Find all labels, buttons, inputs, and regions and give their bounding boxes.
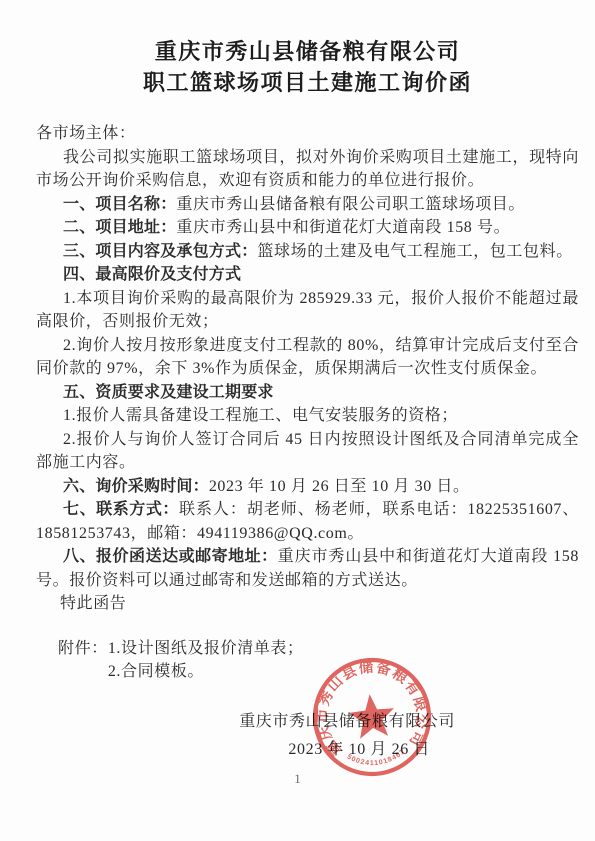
document-content: 重庆市秀山县储备粮有限公司 职工篮球场项目土建施工询价函 各市场主体： 我公司拟… [0,0,595,764]
section-delivery-address: 八、报价函送达或邮寄地址：重庆市秀山县中和街道花灯大道南段 158 号。报价资料… [36,545,579,592]
section-text: 2023 年 10 月 26 日至 10 月 30 日。 [209,478,470,495]
attachments-list: 1.设计图纸及报价清单表； 2.合同模板。 [108,637,304,684]
page-number: 1 [0,771,595,787]
section-label: 八、报价函送达或邮寄地址： [63,548,278,565]
price-item-2: 2.询价人按月按形象进度支付工程款的 80%，结算审计完成后支付至合同价款的 9… [36,334,579,381]
document-body: 各市场主体： 我公司拟实施职工篮球场项目，拟对外询价采购项目土建施工，现特向市场… [36,122,579,764]
section-label: 一、项目名称： [63,196,176,213]
section-text: 篮球场的土建及电气工程施工，包工包料。 [257,243,572,260]
section-label: 二、项目地址： [63,219,176,236]
document-page: 重庆市秀山县储备粮有限公司 职工篮球场项目土建施工询价函 各市场主体： 我公司拟… [0,0,595,841]
section-inquiry-time: 六、询价采购时间：2023 年 10 月 26 日至 10 月 30 日。 [36,475,579,499]
section-label: 五、资质要求及建设工期要求 [63,384,274,401]
section-project-scope: 三、项目内容及承包方式：篮球场的土建及电气工程施工，包工包料。 [36,240,579,264]
signature-company: 重庆市秀山县储备粮有限公司 [36,708,579,736]
closing-phrase: 特此函告 [36,592,579,616]
section-label: 七、联系方式： [63,501,179,518]
salutation: 各市场主体： [36,122,579,146]
section-project-address: 二、项目地址：重庆市秀山县中和街道花灯大道南段 158 号。 [36,216,579,240]
section-label: 三、项目内容及承包方式： [63,243,257,260]
section-project-name: 一、项目名称：重庆市秀山县储备粮有限公司职工篮球场项目。 [36,193,579,217]
section-qualification-heading: 五、资质要求及建设工期要求 [36,381,579,405]
section-contact: 七、联系方式：联系人：胡老师、杨老师，联系电话：18225351607、1858… [36,498,579,545]
qualification-item-2: 2.报价人与询价人签订合同后 45 日内按照设计图纸及合同清单完成全部施工内容。 [36,428,579,475]
price-item-1: 1.本项目询价采购的最高限价为 285929.33 元，报价人报价不能超过最高限… [36,287,579,334]
section-text: 重庆市秀山县储备粮有限公司职工篮球场项目。 [176,196,525,213]
page-title-line1: 重庆市秀山县储备粮有限公司 [36,36,579,67]
attachment-item: 2.合同模板。 [108,660,304,684]
qualification-item-1: 1.报价人需具备建设工程施工、电气安装服务的资格； [36,404,579,428]
attachments-block: 附件： 1.设计图纸及报价清单表； 2.合同模板。 [58,637,579,684]
section-text: 重庆市秀山县中和街道花灯大道南段 158 号。 [176,219,510,236]
section-label: 六、询价采购时间： [63,478,209,495]
attachments-label: 附件： [58,637,108,661]
page-title-line2: 职工篮球场项目土建施工询价函 [36,67,579,98]
section-label: 四、最高限价及支付方式 [63,266,241,283]
section-price-heading: 四、最高限价及支付方式 [36,263,579,287]
intro-paragraph: 我公司拟实施职工篮球场项目，拟对外询价采购项目土建施工，现特向市场公开询价采购信… [36,146,579,193]
signature-date: 2023 年 10 月 26 日 [36,736,579,764]
attachment-item: 1.设计图纸及报价清单表； [108,637,304,661]
signature-block: 重庆市秀山县储备粮有限公司 2023 年 10 月 26 日 [36,708,579,764]
